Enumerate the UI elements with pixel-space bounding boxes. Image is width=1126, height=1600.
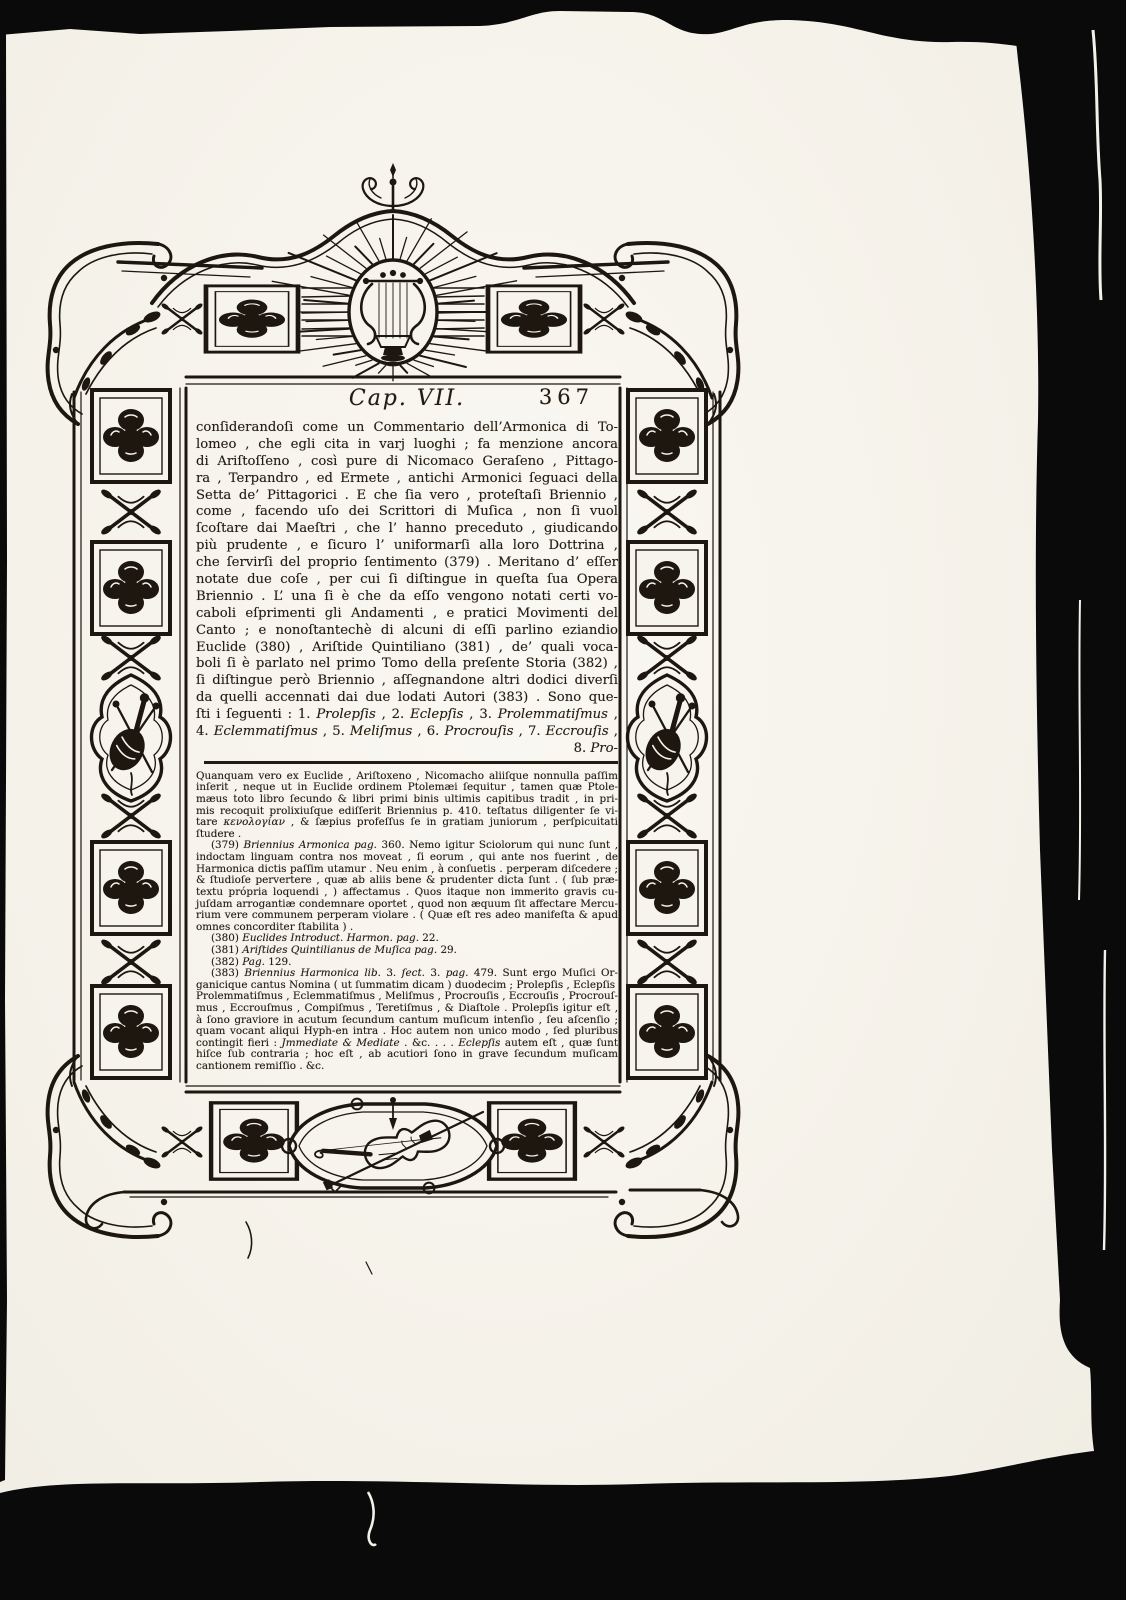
text-line: indoctam linguam contra nos moveat , ſi … <box>196 852 618 864</box>
text-line: tare κενολογίαν , & ſæpius profeſſus ſe … <box>196 817 618 829</box>
rosette-panel <box>206 286 298 352</box>
scan-border-right <box>1010 0 1126 1475</box>
text-line: ſi diſtingue però Briennio , aſſegnandon… <box>196 673 618 690</box>
text-line: ſcoſtare dai Maeſtri , che l’ hanno prec… <box>196 521 618 538</box>
text-line: che ſervirſi del proprio ſentimento (379… <box>196 555 618 572</box>
footnotes: Quanquam vero ex Euclide , Ariſtoxeno , … <box>196 771 618 1073</box>
violin-cartouche <box>282 1097 504 1193</box>
corner-volute <box>48 1056 171 1237</box>
footnote-separator-rule <box>204 761 618 764</box>
base-rule <box>86 1190 738 1228</box>
foliate-link <box>582 302 625 335</box>
text-line: rium vere communem perperam violare . ( … <box>196 910 618 922</box>
text-line: di Ariſtoſſeno , così pure di Nicomaco G… <box>196 454 618 471</box>
text-line: Briennio . L’ una ſi è che da eſſo vengo… <box>196 589 618 606</box>
page-header: Cap. VII. 367 <box>196 386 618 416</box>
text-line: da quelli accennati dai due lodati Autor… <box>196 690 618 707</box>
text-line: mus , Eccrouſmus , Compiſmus , Teretiſmu… <box>196 1003 618 1015</box>
text-line: caboli eſprimenti gli Andamenti , e prat… <box>196 606 618 623</box>
scan-border-left <box>0 30 7 1482</box>
text-line: textu própria loquendi , ) affectamus . … <box>196 887 618 899</box>
crest-finial-icon <box>363 163 424 211</box>
text-line: come , facendo uſo dei Scrittori di Muſi… <box>196 504 618 521</box>
text-line: conſiderandoſi come un Commentario dell’… <box>196 420 618 437</box>
text-line: 8. Pro- <box>196 741 618 758</box>
scan-border-bottom <box>0 1448 1126 1600</box>
text-panel: Cap. VII. 367 conſiderandoſi come un Com… <box>196 386 618 1073</box>
text-line: Setta de’ Pittagorici . E che ſia vero ,… <box>196 488 618 505</box>
left-border-strip <box>92 390 171 1078</box>
right-border-strip <box>628 390 707 1078</box>
text-line: lomeo , che egli cita in varj luoghi ; f… <box>196 437 618 454</box>
text-line: notate due coſe , per cui ſi diſtingue i… <box>196 572 618 589</box>
corner-volute <box>615 1056 738 1237</box>
text-line: cantionem remiſſio . &c. <box>196 1061 618 1073</box>
text-line: ſti i ſeguenti : 1. Prolepſis , 2. Eclep… <box>196 707 618 724</box>
pen-marks <box>246 1222 372 1274</box>
foliate-link <box>160 302 203 335</box>
text-line: Canto ; e nonoſtantechè di alcuni di eſſ… <box>196 623 618 640</box>
text-line: boli ſi è parlato nel primo Tomo della p… <box>196 656 618 673</box>
text-line: Euclide (380) , Ariſtide Quintiliano (38… <box>196 640 618 657</box>
rosette-panel <box>488 286 580 352</box>
page-number: 367 <box>539 385 594 409</box>
text-line: ra , Terpandro , ed Ermete , antichi Arm… <box>196 471 618 488</box>
lyre-medallion <box>349 260 437 366</box>
text-line: più prudente , e ſicuro l’ uniformarſi a… <box>196 538 618 555</box>
book-page: Cap. VII. 367 conſiderandoſi come un Com… <box>0 0 1126 1600</box>
text-line: 4. Eclemmatiſmus , 5. Meliſmus , 6. Proc… <box>196 724 618 741</box>
scan-border-top <box>0 0 1126 64</box>
text-line: mæus toto libro ſecundo & libri primi bi… <box>196 794 618 806</box>
main-text: conſiderandoſi come un Commentario dell’… <box>196 420 618 758</box>
